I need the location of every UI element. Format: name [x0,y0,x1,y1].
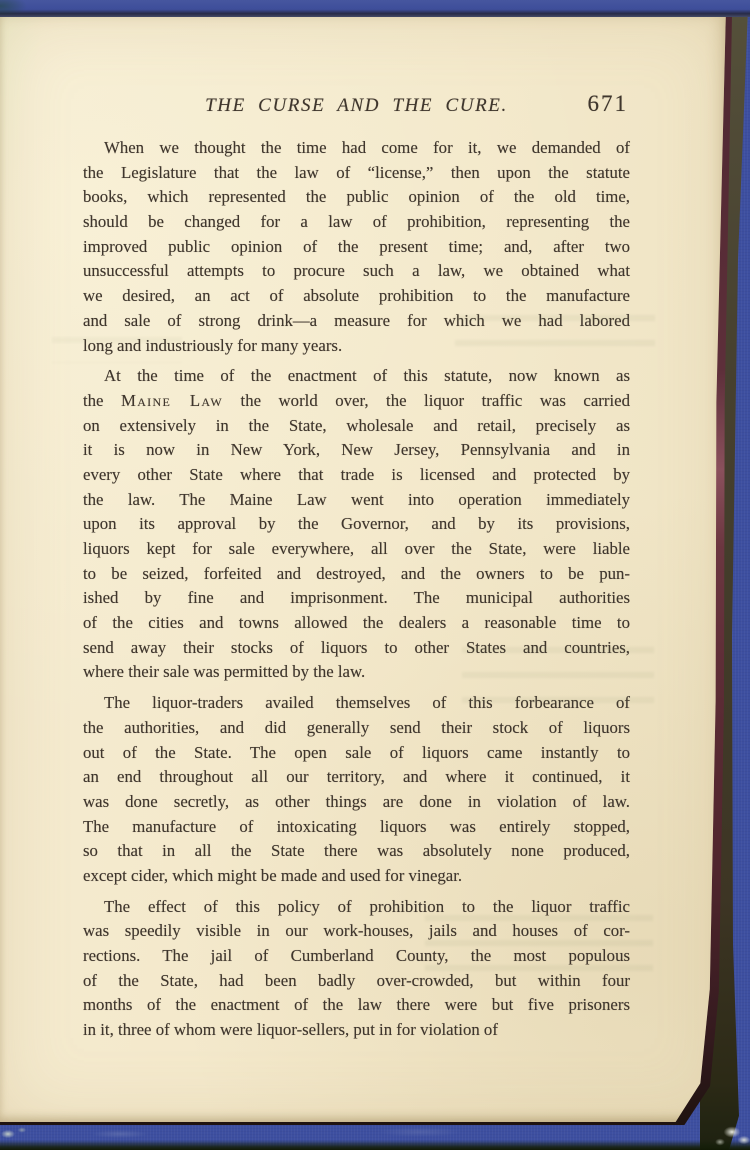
paragraph: The liquor-traders availed themselves of… [83,691,630,889]
text-line: and sale of strong drink—a measure for w… [83,309,630,334]
text-line: on extensively in the State, wholesale a… [83,414,630,439]
text-line: liquors kept for sale everywhere, all ov… [83,537,630,562]
text-line: where their sale was permitted by the la… [83,660,630,685]
text-line: months of the enactment of the law there… [83,993,630,1018]
paragraph: At the time of the enactment of this sta… [83,364,630,685]
text-line: of the cities and towns allowed the deal… [83,611,630,636]
text-line: should be changed for a law of prohibiti… [83,210,630,235]
text-line: The effect of this policy of prohibition… [83,895,630,920]
text-line: so that in all the State there was absol… [83,839,630,864]
text-line: out of the State. The open sale of liquo… [83,741,630,766]
text-line: ished by fine and imprisonment. The muni… [83,586,630,611]
text-line: the authorities, and did generally send … [83,716,630,741]
cover-bottom-shadow [0,1140,750,1150]
text-line: long and industriously for many years. [83,334,630,359]
text-line: The liquor-traders availed themselves of… [83,691,630,716]
text-line: the Maine Law the world over, the liquor… [83,389,630,414]
header-title: THE CURSE AND THE CURE. [83,92,630,120]
text-line: When we thought the time had come for it… [83,136,630,161]
text-line: was speedily visible in our work-houses,… [83,919,630,944]
text-line: improved public opinion of the present t… [83,235,630,260]
photo-frame: { "palette": { "paper": "#f3e9cc", "ink"… [0,0,750,1150]
text-line: At the time of the enactment of this sta… [83,364,630,389]
text-line: to be seized, forfeited and destroyed, a… [83,562,630,587]
text-line: upon its approval by the Governor, and b… [83,512,630,537]
text-line: rections. The jail of Cumberland County,… [83,944,630,969]
paragraph: When we thought the time had come for it… [83,136,630,358]
page-content: THE CURSE AND THE CURE. 671 When we thou… [83,15,630,1043]
paragraph: The effect of this policy of prohibition… [83,895,630,1043]
text-line: we desired, an act of absolute prohibiti… [83,284,630,309]
text-line: it is now in New York, New Jersey, Penns… [83,438,630,463]
text-line: The manufacture of intoxicating liquors … [83,815,630,840]
text-line: every other State where that trade is li… [83,463,630,488]
text-line: send away their stocks of liquors to oth… [83,636,630,661]
page-number: 671 [588,91,629,117]
text-line: the law. The Maine Law went into operati… [83,488,630,513]
text-line: in it, three of whom were liquor-sellers… [83,1018,630,1043]
running-header: THE CURSE AND THE CURE. 671 [83,92,630,122]
small-caps-text: Maine Law [121,391,223,410]
text-line: was done secretly, as other things are d… [83,790,630,815]
text-line: unsuccessful attempts to procure such a … [83,259,630,284]
body-text: When we thought the time had come for it… [83,136,630,1043]
frayed-corner-bottom-right [690,1110,750,1150]
frayed-corner-bottom-left [0,1122,34,1144]
text-line: books, which represented the public opin… [83,185,630,210]
text-line: except cider, which might be made and us… [83,864,630,889]
text-line: the Legislature that the law of “license… [83,161,630,186]
book-page: THE CURSE AND THE CURE. 671 When we thou… [0,15,728,1122]
text-line: of the State, had been badly over-crowde… [83,969,630,994]
book-cover-top-band [0,0,750,17]
text-line: an end throughout all our territory, and… [83,765,630,790]
